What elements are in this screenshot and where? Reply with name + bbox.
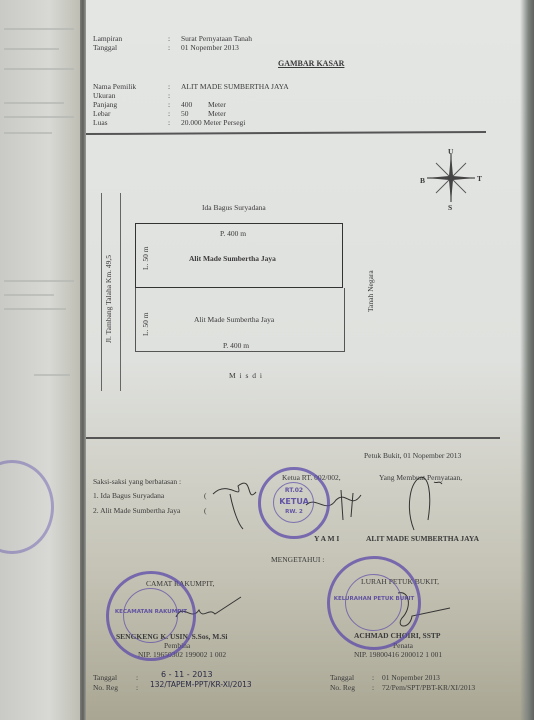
plot-2-owner: Alit Made Sumbertha Jaya (194, 315, 274, 324)
left-page-edge (0, 0, 82, 720)
lampiran-value: Surat Pernyataan Tanah (181, 34, 252, 43)
nama-label: Nama Pemilik (93, 82, 136, 91)
kecamatan-stamp: KECAMATAN RAKUMPIT (106, 571, 196, 661)
page-right-edge (520, 0, 534, 720)
kelurahan-stamp: KELURAHAN PETUK BUKIT (327, 556, 421, 650)
divider-top (86, 131, 486, 135)
maker-signature (404, 470, 454, 535)
camat-noreg-label: No. Reg (93, 683, 118, 692)
stamp-partial-left (0, 460, 54, 554)
nama-value: ALIT MADE SUMBERTHA JAYA (181, 82, 289, 91)
document-title: GAMBAR KASAR (278, 59, 344, 68)
compass-east: T (477, 174, 482, 183)
road-label: Jl. Tambang Talaha Km. 49,5 (104, 255, 113, 343)
compass-north: U (448, 147, 453, 156)
plot-2-width: L. 50 m (141, 312, 150, 336)
camat-noreg-value: 132/TAPEM-PPT/KR-XI/2013 (150, 680, 252, 689)
east-neighbor: Tanah Negara (366, 270, 375, 312)
lurah-tanggal-label: Tanggal (330, 673, 354, 682)
plot-1-owner: Alit Made Sumbertha Jaya (189, 254, 276, 263)
compass-west: B (420, 176, 425, 185)
plot-1-length: P. 400 m (220, 229, 246, 238)
camat-tanggal-label: Tanggal (93, 673, 117, 682)
acknowledged-label: MENGETAHUI : (271, 555, 324, 564)
south-neighbor: M i s d i (229, 371, 263, 380)
compass-south: S (448, 203, 452, 212)
rt-name: Y A M I (314, 534, 339, 543)
tanggal-label: Tanggal (93, 43, 117, 52)
lurah-nip: NIP. 19800416 200012 1 001 (354, 650, 442, 659)
maker-name: ALIT MADE SUMBERTHA JAYA (366, 534, 479, 543)
lampiran-label: Lampiran (93, 34, 122, 43)
tanggal-value: 01 Nopember 2013 (181, 43, 239, 52)
plot-1-width: L. 50 m (141, 246, 150, 270)
compass-rose-icon (421, 148, 481, 208)
document-page: Lampiran : Surat Pernyataan Tanah Tangga… (86, 0, 534, 720)
panjang-label: Panjang (93, 100, 117, 109)
rt-stamp: RT.02 KETUA RW. 2 (258, 467, 330, 539)
lurah-tanggal-value: 01 Nopember 2013 (382, 673, 440, 682)
lebar-label: Lebar (93, 109, 111, 118)
panjang-value: 400 (181, 100, 192, 109)
plot-2-length: P. 400 m (223, 341, 249, 350)
lurah-noreg-label: No. Reg (330, 683, 355, 692)
witness-1: 1. Ida Bagus Suryadana (93, 491, 164, 500)
road-line-right (120, 193, 121, 391)
witnesses-heading: Saksi-saksi yang berbatasan : (93, 477, 181, 486)
ukuran-label: Ukuran (93, 91, 116, 100)
road-line-left (101, 193, 102, 391)
luas-value: 20.000 Meter Persegi (181, 118, 245, 127)
luas-label: Luas (93, 118, 108, 127)
divider-bottom (86, 437, 500, 439)
place-date: Petuk Bukit, 01 Nopember 2013 (364, 451, 461, 460)
lurah-noreg-value: 72/Pem/SPT/PBT-KR/XI/2013 (382, 683, 475, 692)
witness-2: 2. Alit Made Sumbertha Jaya (93, 506, 180, 515)
north-neighbor: Ida Bagus Suryadana (202, 203, 266, 212)
lebar-value: 50 (181, 109, 189, 118)
camat-tanggal-value: 6 - 11 - 2013 (161, 670, 213, 679)
